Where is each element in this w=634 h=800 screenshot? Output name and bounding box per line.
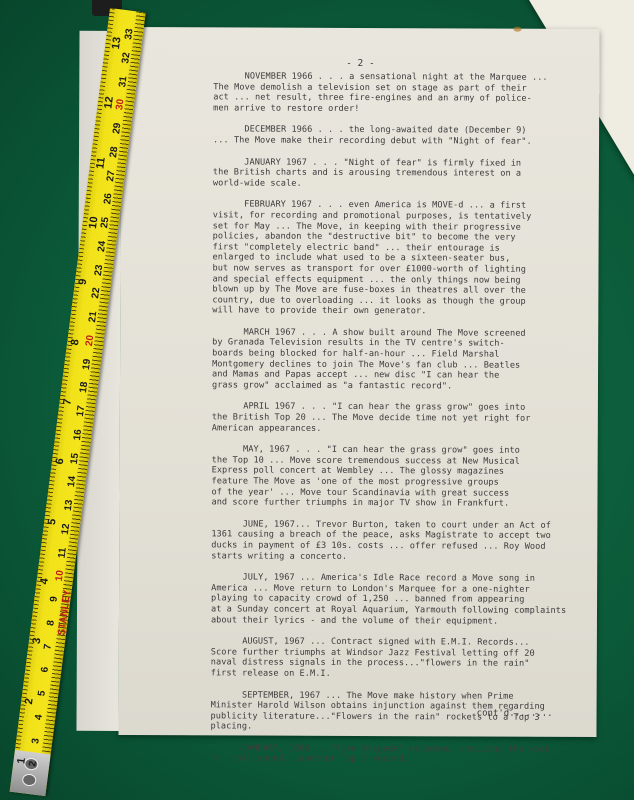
tape-inch-label: 13 (110, 36, 123, 50)
timeline-entry: MARCH 1967 . . . A show built around The… (212, 327, 562, 392)
tape-cm-label: 33 (123, 28, 135, 40)
continued-label: cont'd........ (477, 709, 553, 719)
tape-cm-label: 9 (48, 596, 60, 603)
entry-line: ... The Move make their recording debut … (213, 135, 563, 147)
entry-line: will have to provide their own generator… (212, 306, 562, 318)
tape-cm-label: 26 (102, 193, 114, 205)
tape-cm-label: 15 (69, 452, 81, 464)
tape-cm-label: 19 (81, 358, 93, 370)
entry-line: but now serves as transport for over £10… (212, 263, 562, 275)
tape-cm-label: 29 (111, 122, 123, 134)
timeline-entry: NOVEMBER 1966 . . . a sensational night … (213, 71, 563, 115)
entry-line: world-wide scale. (213, 178, 563, 190)
entry-line: about their lyrics - and the volume of t… (211, 615, 561, 627)
tape-cm-label: 3 (30, 737, 42, 744)
tape-cm-label: 12 (60, 523, 72, 535)
timeline-entry: JANUARY 1967 . . . "Night of fear" is fi… (213, 157, 563, 190)
entry-line: grass grow" acclaimed as "a fantastic re… (212, 380, 562, 392)
tape-cm-label: 16 (72, 428, 84, 440)
tape-cm-label: 14 (66, 476, 78, 488)
tape-cm-label: 7 (42, 643, 54, 650)
entry-line: starts writing a concerto. (211, 551, 561, 563)
timeline-entry: AUGUST, 1967 ... Contract signed with E.… (211, 636, 561, 680)
tape-inch-label: 10 (87, 216, 100, 230)
entry-line: American appearances. (212, 423, 562, 435)
entry-line: and score further triumphs in major TV s… (211, 498, 561, 510)
tape-inch-label: 11 (94, 156, 107, 169)
tape-cm-label: 11 (57, 546, 69, 558)
tape-cm-label: 18 (78, 381, 90, 393)
tape-inch-label: 1 (15, 757, 28, 765)
tape-cm-label: 25 (99, 216, 111, 228)
document-page: - 2 - NOVEMBER 1966 . . . a sensational … (118, 27, 599, 737)
timeline-entry: JUNE, 1967... Trevor Burton, taken to co… (211, 519, 561, 563)
tape-inch-label: 12 (102, 96, 115, 110)
tape-cm-label: 24 (96, 240, 108, 252)
page-number: - 2 - (121, 57, 599, 70)
timeline-entry: MAY, 1967 . . . "I can hear the grass gr… (211, 445, 561, 510)
timeline-entry: DECEMBER 1966 . . . the long-awaited dat… (213, 125, 563, 148)
tape-inch-label: 2 (23, 697, 36, 705)
timeline-entry: JULY, 1967 ... America's Idle Race recor… (211, 573, 561, 627)
tape-cm-label: 10 (54, 570, 66, 582)
tape-cm-label: 13 (63, 499, 75, 511)
entry-line: men arrive to restore order! (213, 103, 563, 115)
tape-inch-label: 4 (38, 577, 51, 585)
tape-cm-label: 28 (108, 146, 120, 158)
stain (514, 27, 522, 32)
tape-cm-label: 31 (117, 75, 129, 87)
entry-line: placing. (210, 722, 560, 734)
tape-cm-label: 4 (33, 714, 45, 721)
tape-inch-label: 5 (46, 518, 59, 526)
entry-line: 'n' roll sound...another Top 3 record. (210, 754, 560, 766)
entry-line: first release on E.M.I. (211, 668, 561, 680)
entries-list: NOVEMBER 1966 . . . a sensational night … (210, 71, 563, 777)
timeline-entry: JANUARY, 1968 ..."Fire Brigade" released… (210, 743, 560, 766)
tape-cm-label: 22 (90, 287, 102, 299)
tape-cm-label: 20 (84, 334, 96, 346)
tape-inch-label: 7 (61, 398, 74, 406)
tape-inch-label: 8 (69, 338, 82, 346)
tape-cm-label: 32 (120, 52, 132, 64)
tape-cm-label: 17 (75, 405, 87, 417)
tape-cm-label: 8 (45, 619, 57, 626)
timeline-entry: FEBRUARY 1967 . . . even America is MOVE… (212, 200, 563, 318)
tape-cm-label: 27 (105, 169, 117, 181)
tape-cm-label: 23 (93, 264, 105, 276)
timeline-entry: APRIL 1967 . . . "I can hear the grass g… (212, 402, 562, 435)
tape-cm-label: 30 (114, 99, 126, 111)
tape-cm-label: 21 (87, 311, 99, 323)
